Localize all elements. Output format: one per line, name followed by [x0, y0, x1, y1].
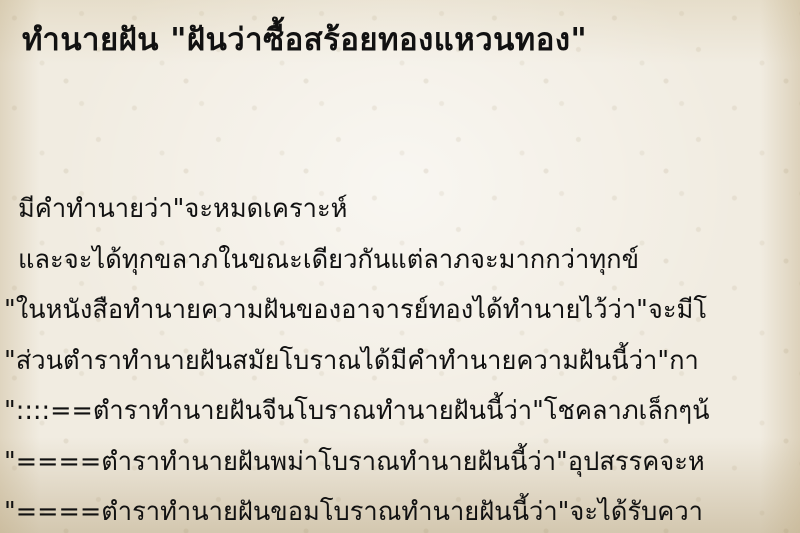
dream-interpretation-page: ทำนายฝัน "ฝันว่าซื้อสร้อยทองแหวนทอง" มีค…: [0, 0, 800, 533]
interpretation-line: "====ตำราทำนายฝันพม่าโบราณทำนายฝันนี้ว่า…: [0, 437, 800, 488]
interpretation-line: "====ตำราทำนายฝันขอมโบราณทำนายฝันนี้ว่า"…: [0, 487, 800, 533]
interpretation-line: "ส่วนตำราทำนายฝันสมัยโบราณได้มีคำทำนายคว…: [0, 336, 800, 387]
interpretation-line: "ในหนังสือทำนายความฝันของอาจารย์ทองได้ทำ…: [0, 285, 800, 336]
interpretation-line: และจะได้ทุกขลาภในขณะเดียวกันแต่ลาภจะมากก…: [0, 235, 800, 286]
interpretation-list: มีคำทำนายว่า"จะหมดเคราะห์ และจะได้ทุกขลา…: [0, 184, 800, 533]
interpretation-line: "::::==ตำราทำนายฝันจีนโบราณทำนายฝันนี้ว่…: [0, 386, 800, 437]
page-title: ทำนายฝัน "ฝันว่าซื้อสร้อยทองแหวนทอง": [22, 18, 587, 62]
interpretation-line: มีคำทำนายว่า"จะหมดเคราะห์: [0, 184, 800, 235]
